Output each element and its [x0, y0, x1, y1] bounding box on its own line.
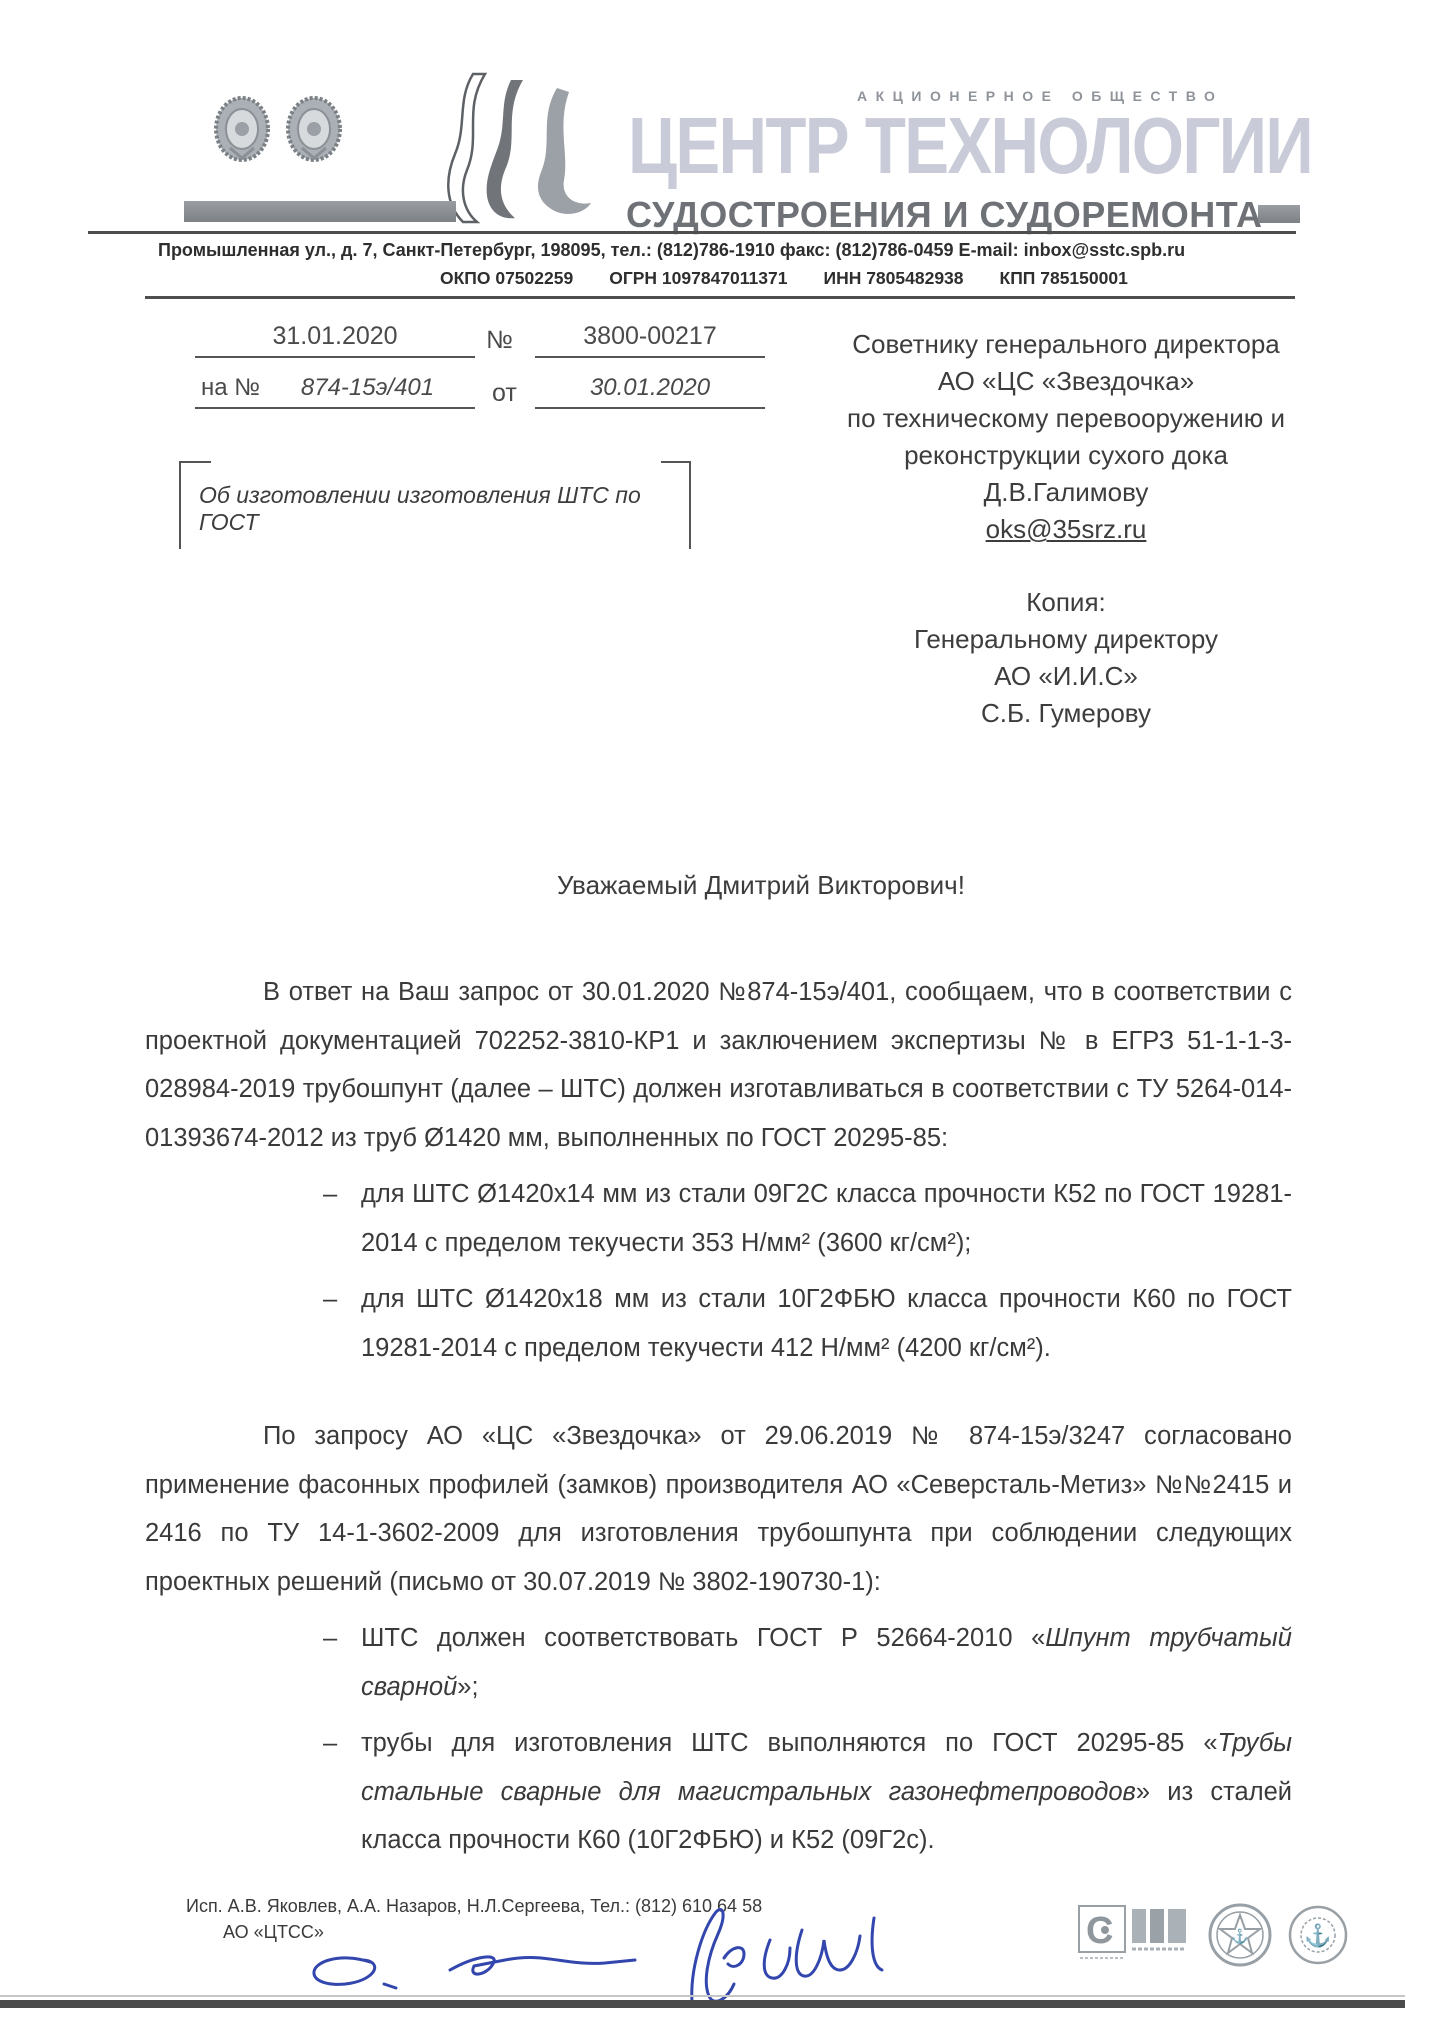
dash-marker: – — [323, 1275, 337, 1324]
list-item-text: ШТС должен соответствовать ГОСТ Р 52664-… — [361, 1624, 1045, 1652]
header-rule-top — [88, 231, 1296, 234]
svg-text:⚓: ⚓ — [1304, 1923, 1331, 1948]
from-date-label: от — [492, 379, 517, 408]
addressee-line: по техническому перевооружению и — [838, 400, 1294, 437]
list-item: – ШТС должен соответствовать ГОСТ Р 5266… — [361, 1614, 1292, 1711]
star-anchor-seal-icon: ⚓ — [1208, 1903, 1272, 1972]
letter-body: В ответ на Ваш запрос от 30.01.2020 №874… — [145, 968, 1292, 1865]
reply-to-number-value: 874-15э/401 — [260, 374, 475, 407]
org-name-main: ЦЕНТР ТЕХНОЛОГИИ — [628, 106, 1312, 186]
number-sign-label: № — [486, 326, 513, 355]
copy-line: С.Б. Гумерову — [838, 695, 1294, 732]
list-item: – трубы для изготовления ШТС выполняются… — [361, 1719, 1292, 1865]
letter-number-field: 3800-00217 — [535, 322, 765, 358]
list-item: – для ШТС Ø1420х18 мм из стали 10Г2ФБЮ к… — [361, 1275, 1292, 1372]
org-registry-row: ОКПО 07502259 ОГРН 1097847011371 ИНН 780… — [440, 268, 1128, 289]
list-item-text: для ШТС Ø1420х18 мм из стали 10Г2ФБЮ кла… — [361, 1285, 1292, 1362]
list-item-text: трубы для изготовления ШТС выполняются п… — [361, 1729, 1218, 1757]
addressee-block: Советнику генерального директора АО «ЦС … — [838, 326, 1294, 548]
org-address-line: Промышленная ул., д. 7, Санкт-Петербург,… — [158, 240, 1185, 261]
svg-text:⚓: ⚓ — [1231, 1928, 1248, 1945]
reply-to-number-field: на № 874-15э/401 — [195, 374, 475, 409]
copy-line: АО «И.И.С» — [838, 658, 1294, 695]
addressee-line: Советнику генерального директора — [838, 326, 1294, 363]
reply-to-label: на № — [201, 374, 260, 407]
addressee-line: АО «ЦС «Звездочка» — [838, 363, 1294, 400]
list-item-text: для ШТС Ø1420х14 мм из стали 09Г2С класс… — [361, 1180, 1292, 1257]
certification-stamps: С ⚓ ⚓ — [1078, 1903, 1348, 1972]
svg-text:С: С — [1086, 1910, 1113, 1952]
inn-value: ИНН 7805482938 — [823, 268, 963, 289]
addressee-email: oks@35srz.ru — [838, 511, 1294, 548]
body-paragraph-1: В ответ на Ваш запрос от 30.01.2020 №874… — [145, 968, 1292, 1162]
dash-marker: – — [323, 1614, 337, 1663]
scanned-letter-page: АКЦИОНЕРНОЕ ОБЩЕСТВО ЦЕНТР ТЕХНОЛОГИИ СУ… — [0, 0, 1429, 2021]
bullet-list-2: – ШТС должен соответствовать ГОСТ Р 5266… — [361, 1614, 1292, 1865]
copy-block: Копия: Генеральному директору АО «И.И.С»… — [838, 584, 1294, 732]
list-item: – для ШТС Ø1420х14 мм из стали 09Г2С кла… — [361, 1170, 1292, 1267]
okpo-value: ОКПО 07502259 — [440, 268, 573, 289]
reply-to-date-field: 30.01.2020 — [535, 374, 765, 409]
order-medal-icon — [282, 96, 346, 169]
subject-bracket-right — [661, 461, 691, 549]
ogrn-value: ОГРН 1097847011371 — [609, 268, 787, 289]
org-name-sub: СУДОСТРОЕНИЯ И СУДОРЕМОНТА — [626, 194, 1262, 236]
dash-marker: – — [323, 1719, 337, 1768]
subject-line: Об изготовлении изготовления ШТС по ГОСТ — [199, 482, 659, 536]
copy-label: Копия: — [838, 584, 1294, 621]
body-paragraph-2: По запросу АО «ЦС «Звездочка» от 29.06.2… — [145, 1412, 1292, 1606]
dash-marker: – — [323, 1170, 337, 1219]
letter-date-field: 31.01.2020 — [195, 322, 475, 358]
list-item-text: »; — [457, 1673, 478, 1701]
addressee-line: реконструкции сухого дока — [838, 437, 1294, 474]
anchor-register-seal-icon: ⚓ — [1288, 1905, 1348, 1970]
header-rule-bottom — [145, 296, 1295, 299]
letterhead-bar-left — [184, 201, 456, 222]
scan-edge-line — [0, 1995, 1405, 1997]
bullet-list-1: – для ШТС Ø1420х14 мм из стали 09Г2С кла… — [361, 1170, 1292, 1372]
scan-edge-bar — [0, 2000, 1405, 2008]
addressee-line: Д.В.Галимову — [838, 474, 1294, 511]
copy-line: Генеральному директору — [838, 621, 1294, 658]
salutation-line: Уважаемый Дмитрий Викторович! — [557, 870, 965, 901]
order-medal-icon — [210, 96, 274, 169]
letterhead-bar-right — [1258, 205, 1300, 223]
wave-sails-logo-icon — [433, 62, 617, 233]
kpp-value: КПП 785150001 — [1000, 268, 1128, 289]
conformity-mark-stamp-icon: С — [1078, 1905, 1192, 1970]
